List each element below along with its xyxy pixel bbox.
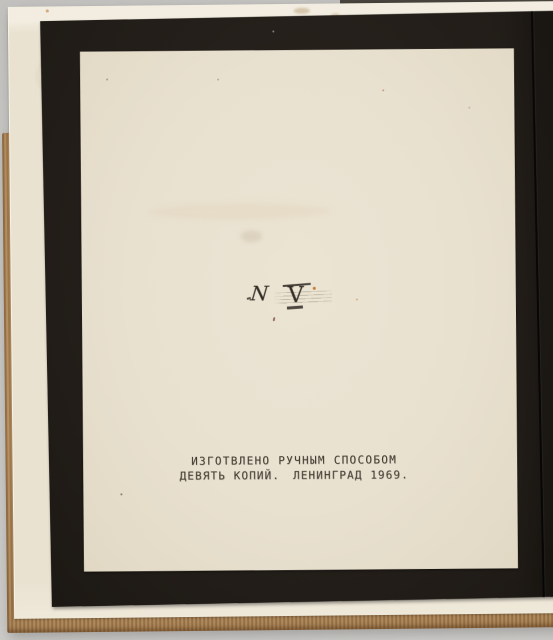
smudge <box>240 230 262 242</box>
colophon: ИЗГОТВЛЕНО РУЧНЫМ СПОСОБОМ ДЕВЯТЬ КОПИЙ.… <box>83 452 517 484</box>
colophon-line-2: ДЕВЯТЬ КОПИЙ.ЛЕНИНГРАД 1969. <box>83 467 505 484</box>
ink-fleck <box>273 317 276 321</box>
inner-page: N V ИЗГОТВЛЕНО РУЧНЫМ СПОСОБОМ <box>80 48 518 571</box>
dust-speck <box>272 30 274 32</box>
copy-number-mark: N V <box>242 277 382 332</box>
copy-mark-letter: N <box>250 282 270 304</box>
page-fold-crease <box>531 11 545 597</box>
speck <box>382 89 384 91</box>
copy-mark-numeral-group: V <box>284 283 316 313</box>
orange-fleck <box>356 299 358 301</box>
speck <box>106 78 108 80</box>
orange-fleck <box>313 287 316 290</box>
ghost-stain <box>147 202 332 221</box>
colophon-place-year: ЛЕНИНГРАД 1969. <box>293 468 409 482</box>
book: N V ИЗГОТВЛЕНО РУЧНЫМ СПОСОБОМ <box>4 0 553 631</box>
colophon-edition: ДЕВЯТЬ КОПИЙ. <box>180 469 280 483</box>
book-page: N V ИЗГОТВЛЕНО РУЧНЫМ СПОСОБОМ <box>8 1 553 619</box>
photograph-of-book-page: N V ИЗГОТВЛЕНО РУЧНЫМ СПОСОБОМ <box>0 0 553 640</box>
speck <box>120 493 122 495</box>
stain <box>46 9 49 12</box>
speck <box>468 107 470 109</box>
black-mount-frame: N V ИЗГОТВЛЕНО РУЧНЫМ СПОСОБОМ <box>40 10 553 607</box>
speck <box>217 79 219 81</box>
stain <box>294 8 310 14</box>
